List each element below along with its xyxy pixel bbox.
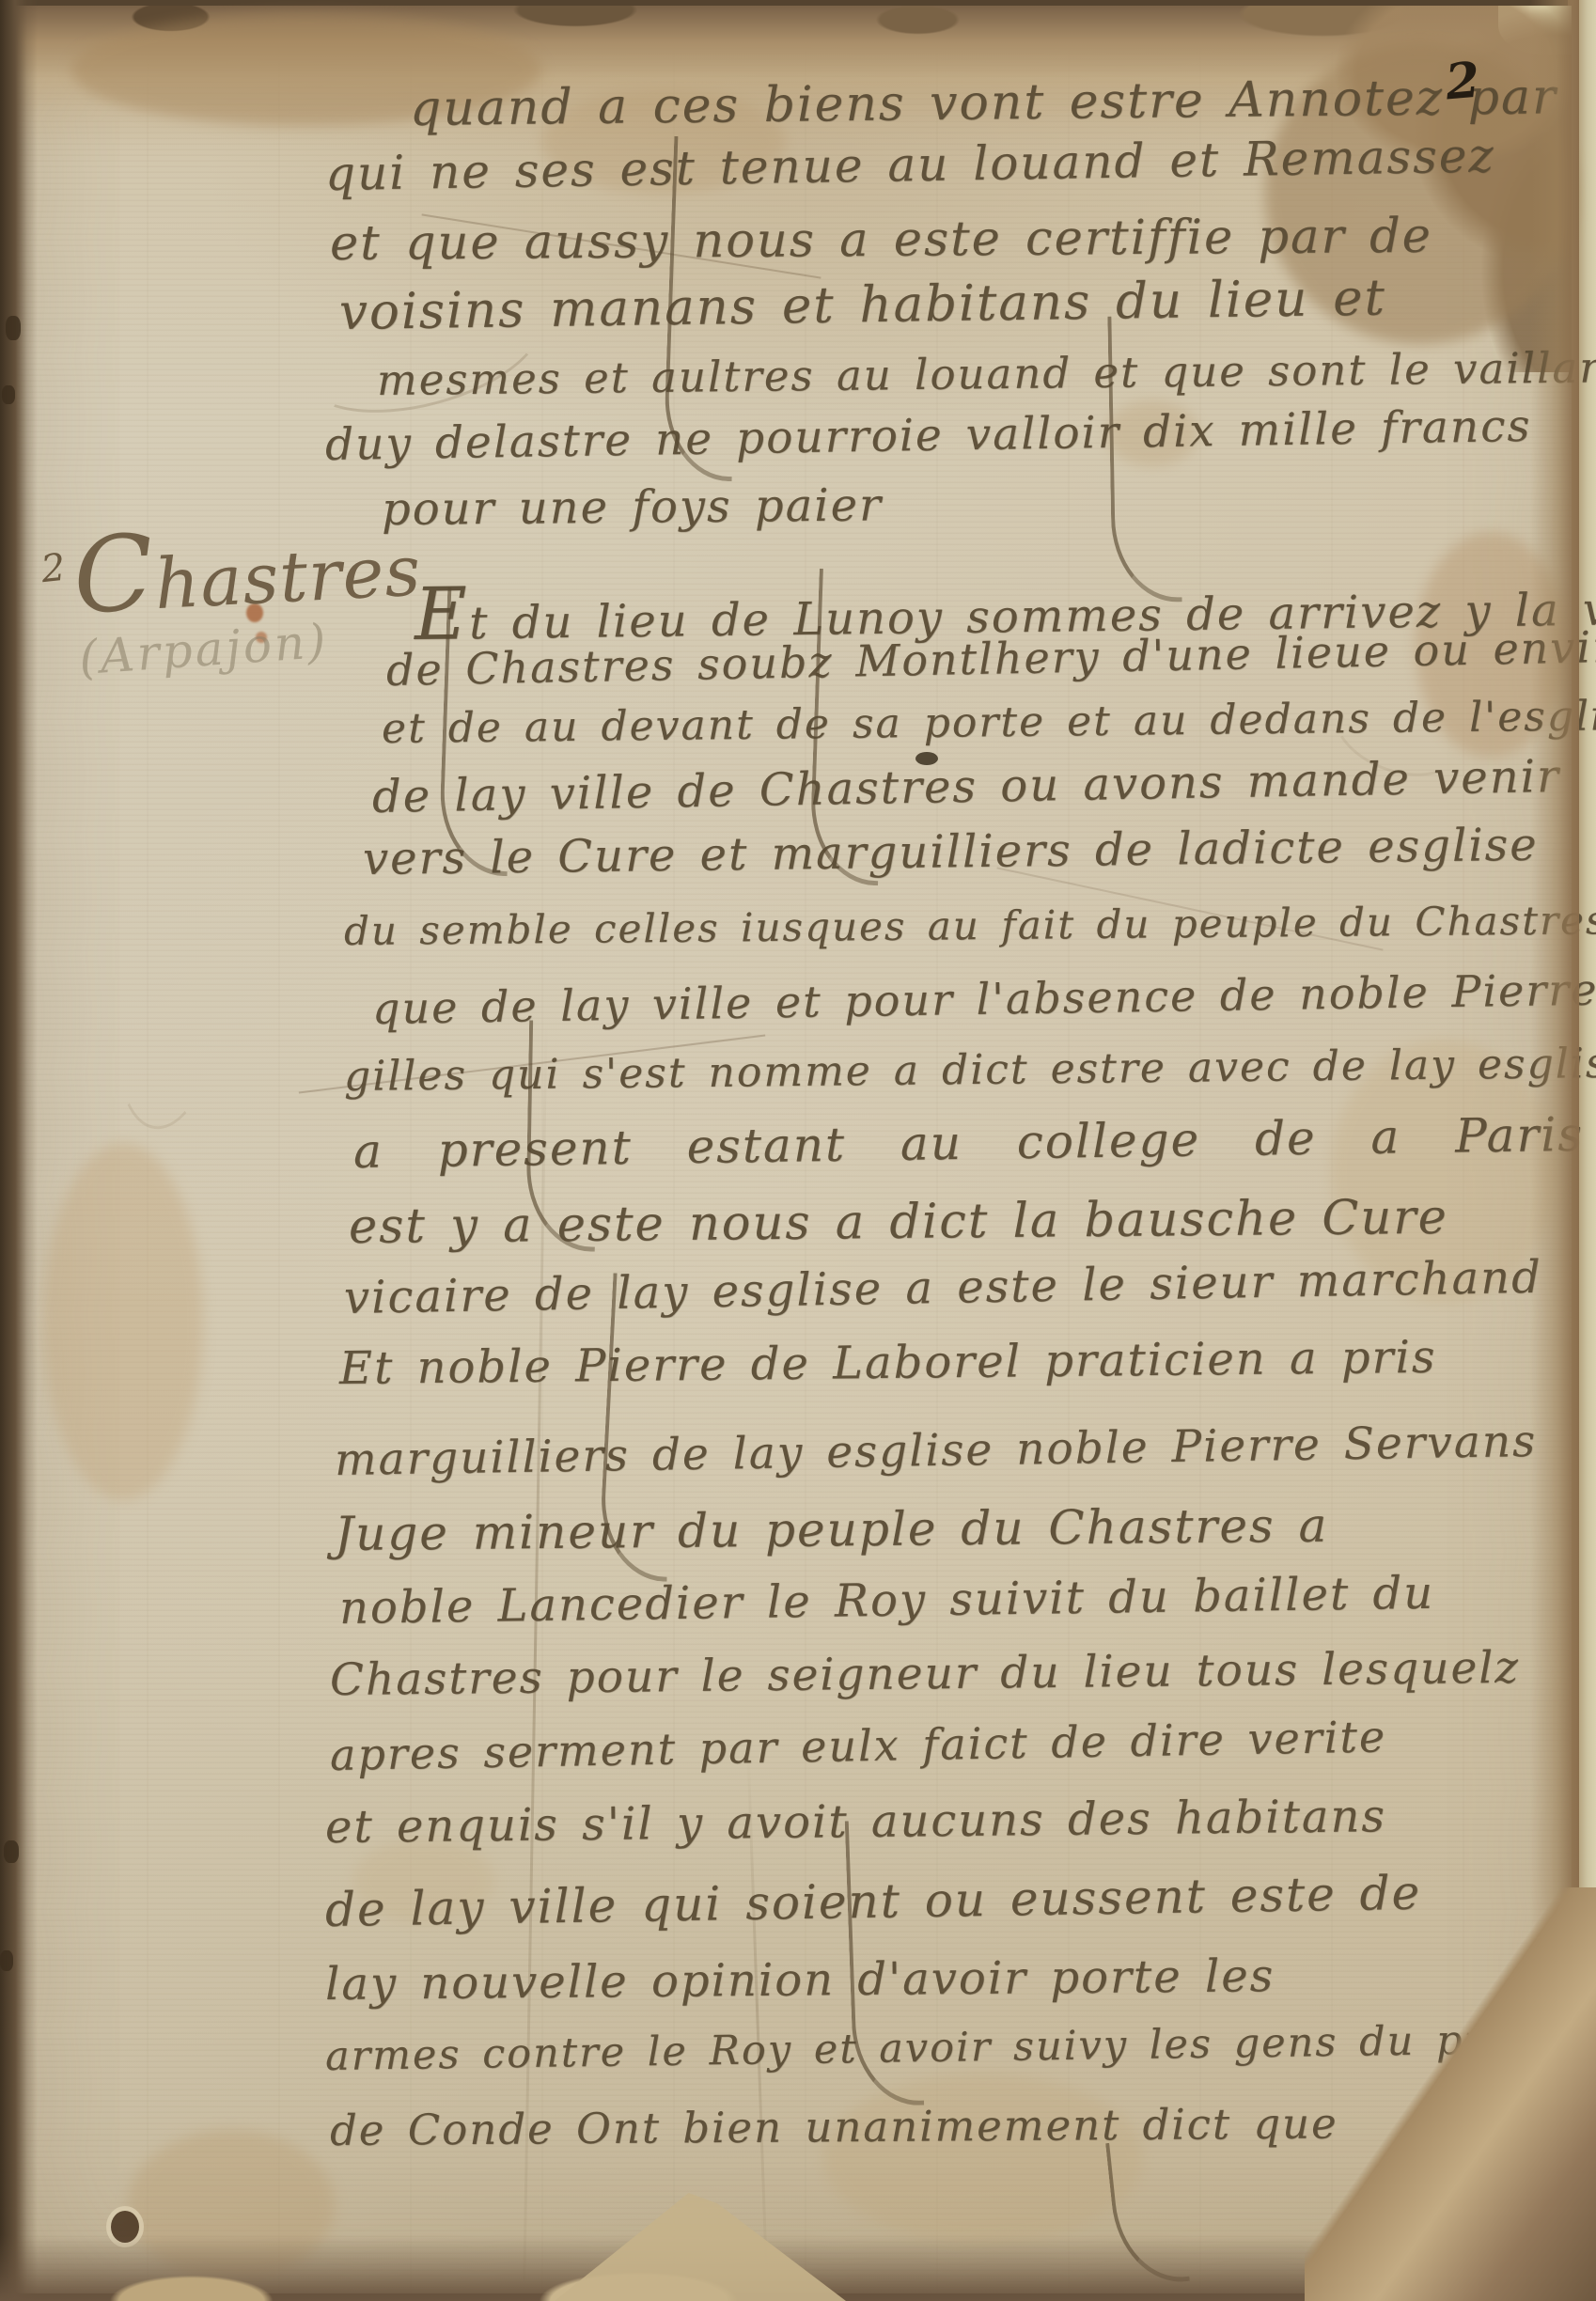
margin-index-number: 2	[39, 546, 68, 591]
stain	[823, 2074, 1143, 2243]
binding-notch	[2, 385, 15, 404]
manuscript-line: et que aussy nous a este certiffie par d…	[330, 209, 1432, 272]
manuscript-line: Juge mineur du peuple du Chastres a	[335, 1498, 1329, 1561]
underlying-pages-corner	[1305, 1887, 1596, 2301]
manuscript-line: est y a este nous a dict la bausche Cure	[349, 1190, 1448, 1255]
binding-notch	[4, 1840, 19, 1863]
manuscript-line: pour une foys paier	[382, 478, 883, 536]
manuscript-line: quand a ces biens vont estre Annotez par	[410, 69, 1557, 137]
margin-heading: Chastres	[70, 498, 424, 637]
binding-notch	[0, 1950, 13, 1971]
stain	[43, 1143, 203, 1500]
manuscript-line: de Conde Ont bien unanimement dict que	[330, 2099, 1338, 2155]
manuscript-line: lay nouvelle opinion d'avoir porte les	[325, 1949, 1275, 2011]
manuscript-photo: 2 Chastres (Arpajon) quand a ces biens v…	[0, 0, 1596, 2301]
binding-notch	[6, 316, 21, 340]
folio-page-number: 2	[1443, 52, 1481, 112]
manuscript-line: et enquis s'il y avoit aucuns des habita…	[325, 1790, 1387, 1854]
